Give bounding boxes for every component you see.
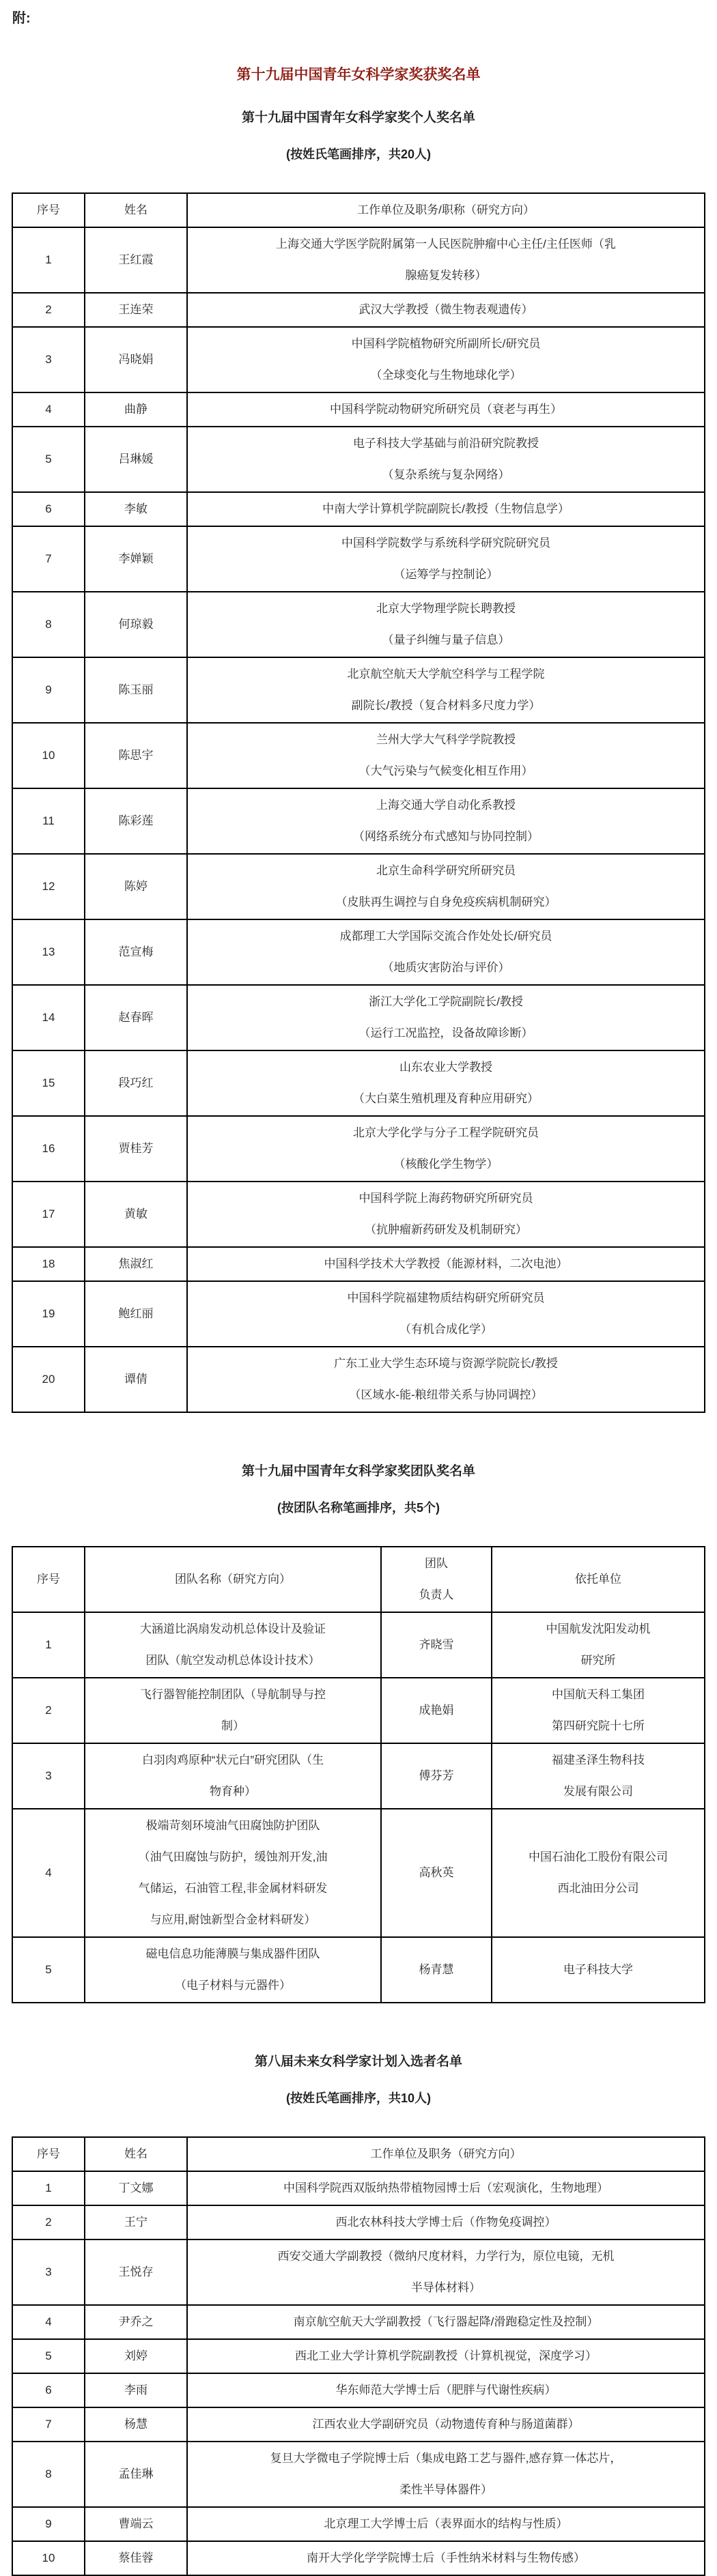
cell-line: 柔性半导体器件） <box>192 2474 700 2506</box>
table-cell: 广东工业大学生态环境与资源学院院长/教授（区域水-能-粮纽带关系与协同调控） <box>187 1347 705 1412</box>
table-cell: 西北工业大学计算机学院副教授（计算机视觉，深度学习） <box>187 2339 705 2373</box>
table-cell: 11 <box>12 788 85 854</box>
table-cell: 1 <box>12 227 85 293</box>
cell-line: 北京航空航天大学航空科学与工程学院 <box>192 659 700 690</box>
column-header: 团队负责人 <box>381 1547 492 1612</box>
cell-line: （核酸化学生物学） <box>192 1149 700 1180</box>
table-cell: 尹乔之 <box>85 2305 187 2339</box>
cell-line: 负责人 <box>386 1579 487 1611</box>
future-scientist-section: 第八届未来女科学家计划入选者名单 (按姓氏笔画排序，共10人) 序号姓名工作单位… <box>0 2051 717 2576</box>
cell-line: 中国科学院植物研究所副所长/研究员 <box>192 328 700 360</box>
table-row: 14赵春晖浙江大学化工学院副院长/教授（运行工况监控，设备故障诊断） <box>12 985 705 1050</box>
table-cell: 中国科学院植物研究所副所长/研究员（全球变化与生物地球化学） <box>187 327 705 392</box>
table-cell: 17 <box>12 1182 85 1247</box>
cell-line: （运筹学与控制论） <box>192 559 700 590</box>
section-title: 第八届未来女科学家计划入选者名单 <box>0 2051 717 2070</box>
table-row: 4尹乔之南京航空航天大学副教授（飞行器起降/滑跑稳定性及控制） <box>12 2305 705 2339</box>
cell-line: 上海交通大学医学院附属第一人民医院肿瘤中心主任/主任医师（乳 <box>192 229 700 260</box>
cell-line: 团队（航空发动机总体设计技术） <box>89 1645 376 1676</box>
cell-line: 3 <box>17 2257 80 2288</box>
table-cell: 中国航发沈阳发动机研究所 <box>492 1612 705 1678</box>
cell-line: （电子材料与元器件） <box>89 1970 376 2001</box>
table-row: 6李敏中南大学计算机学院副院长/教授（生物信息学） <box>12 492 705 526</box>
cell-line: 序号 <box>17 1564 80 1595</box>
table-cell: 南开大学化学学院博士后（手性纳米材料与生物传感） <box>187 2541 705 2575</box>
column-header: 工作单位及职务（研究方向） <box>187 2137 705 2171</box>
cell-line: 尹乔之 <box>89 2306 182 2338</box>
table-row: 5刘婷西北工业大学计算机学院副教授（计算机视觉，深度学习） <box>12 2339 705 2373</box>
cell-line: 中国航发沈阳发动机 <box>496 1614 700 1645</box>
section-subtitle: (按姓氏笔画排序，共10人) <box>0 2089 717 2106</box>
individual-award-table: 序号姓名工作单位及职务/职称（研究方向）1王红霞上海交通大学医学院附属第一人民医… <box>12 192 705 1413</box>
table-row: 15段巧红山东农业大学教授（大白菜生殖机理及育种应用研究） <box>12 1050 705 1116</box>
table-cell: 刘婷 <box>85 2339 187 2373</box>
table-cell: 大涵道比涡扇发动机总体设计及验证团队（航空发动机总体设计技术） <box>85 1612 381 1678</box>
cell-line: 丁文娜 <box>89 2173 182 2204</box>
table-cell: 陈玉丽 <box>85 657 187 723</box>
cell-line: 电子科技大学基础与前沿研究院教授 <box>192 428 700 459</box>
cell-line: 吕琳媛 <box>89 444 182 475</box>
cell-line: 中国科学技术大学教授（能源材料，二次电池） <box>192 1248 700 1280</box>
cell-line: （皮肤再生调控与自身免疫疾病机制研究） <box>192 887 700 918</box>
cell-line: 何琼毅 <box>89 609 182 640</box>
cell-line: 成都理工大学国际交流合作处处长/研究员 <box>192 921 700 952</box>
table-cell: 7 <box>12 2407 85 2442</box>
table-cell: 江西农业大学副研究员（动物遗传育种与肠道菌群） <box>187 2407 705 2442</box>
cell-line: 西北油田分公司 <box>496 1873 700 1904</box>
table-cell: 武汉大学教授（微生物表观遗传） <box>187 293 705 327</box>
main-title: 第十九届中国青年女科学家奖获奖名单 <box>0 63 717 84</box>
table-cell: 曹端云 <box>85 2507 187 2541</box>
cell-line: 与应用,耐蚀新型合金材料研发） <box>89 1904 376 1936</box>
table-cell: 吕琳媛 <box>85 427 187 492</box>
cell-line: 11 <box>17 805 80 837</box>
table-row: 16贾桂芳北京大学化学与分子工程学院研究员（核酸化学生物学） <box>12 1116 705 1182</box>
document-page: 附: 第十九届中国青年女科学家奖获奖名单 第十九届中国青年女科学家奖个人奖名单 … <box>0 0 717 2576</box>
cell-line: 发展有限公司 <box>496 1776 700 1807</box>
cell-line: 1 <box>17 1629 80 1661</box>
table-cell: 北京大学物理学院长聘教授（量子纠缠与量子信息） <box>187 592 705 657</box>
table-cell: 5 <box>12 1937 85 2003</box>
table-row: 5吕琳媛电子科技大学基础与前沿研究院教授（复杂系统与复杂网络） <box>12 427 705 492</box>
cell-line: 上海交通大学自动化系教授 <box>192 790 700 821</box>
table-cell: 傅芬芳 <box>381 1743 492 1809</box>
table-cell: 中国科学院数学与系统科学研究院研究员（运筹学与控制论） <box>187 526 705 592</box>
table-cell: 3 <box>12 1743 85 1809</box>
table-cell: 中国科学院上海药物研究所研究员（抗肿瘤新药研发及机制研究） <box>187 1182 705 1247</box>
cell-line: 姓名 <box>89 195 182 226</box>
table-cell: 2 <box>12 2205 85 2239</box>
cell-line: （区域水-能-粮纽带关系与协同调控） <box>192 1379 700 1411</box>
table-cell: 3 <box>12 2239 85 2305</box>
header-row: 序号团队名称（研究方向）团队负责人依托单位 <box>12 1547 705 1612</box>
cell-line: 南京航空航天大学副教授（飞行器起降/滑跑稳定性及控制） <box>192 2306 700 2338</box>
cell-line: 北京生命科学研究所研究员 <box>192 855 700 887</box>
cell-line: 6 <box>17 2375 80 2406</box>
cell-line: 磁电信息功能薄膜与集成器件团队 <box>89 1938 376 1970</box>
cell-line: 浙江大学化工学院副院长/教授 <box>192 986 700 1018</box>
cell-line: 2 <box>17 2207 80 2238</box>
cell-line: 中国科学院西双版纳热带植物园博士后（宏观演化，生物地理） <box>192 2173 700 2204</box>
cell-line: 杨慧 <box>89 2409 182 2440</box>
cell-line: 北京大学物理学院长聘教授 <box>192 593 700 625</box>
cell-line: 飞行器智能控制团队（导航制导与控 <box>89 1679 376 1711</box>
cell-line: 16 <box>17 1133 80 1164</box>
cell-line: 刘婷 <box>89 2341 182 2372</box>
table-cell: 福建圣泽生物科技发展有限公司 <box>492 1743 705 1809</box>
table-cell: 山东农业大学教授（大白菜生殖机理及育种应用研究） <box>187 1050 705 1116</box>
cell-line: 4 <box>17 2306 80 2338</box>
section-subtitle: (按团队名称笔画排序，共5个) <box>0 1498 717 1516</box>
column-header: 序号 <box>12 193 85 227</box>
cell-line: 物育种） <box>89 1776 376 1807</box>
cell-line: 中国科学院上海药物研究所研究员 <box>192 1183 700 1214</box>
cell-line: 鲍红丽 <box>89 1298 182 1330</box>
table-row: 3白羽肉鸡原种“状元白”研究团队（生物育种）傅芬芳福建圣泽生物科技发展有限公司 <box>12 1743 705 1809</box>
table-cell: 谭倩 <box>85 1347 187 1412</box>
cell-line: 中南大学计算机学院副院长/教授（生物信息学） <box>192 493 700 525</box>
section-title: 第十九届中国青年女科学家奖个人奖名单 <box>0 107 717 126</box>
table-cell: 北京理工大学博士后（表界面水的结构与性质） <box>187 2507 705 2541</box>
table-cell: 8 <box>12 592 85 657</box>
cell-line: 9 <box>17 2508 80 2540</box>
cell-line: 工作单位及职务/职称（研究方向） <box>192 195 700 226</box>
table-cell: 5 <box>12 2339 85 2373</box>
cell-line: 8 <box>17 2459 80 2490</box>
table-row: 11陈彩莲上海交通大学自动化系教授（网络系统分布式感知与协同控制） <box>12 788 705 854</box>
table-cell: 杨慧 <box>85 2407 187 2442</box>
table-cell: 王悦存 <box>85 2239 187 2305</box>
table-row: 3冯晓娟中国科学院植物研究所副所长/研究员（全球变化与生物地球化学） <box>12 327 705 392</box>
cell-line: 10 <box>17 740 80 771</box>
table-cell: 李婵颖 <box>85 526 187 592</box>
table-cell: 李敏 <box>85 492 187 526</box>
table-row: 10蔡佳蓉南开大学化学学院博士后（手性纳米材料与生物传感） <box>12 2541 705 2575</box>
cell-line: 第四研究院十七所 <box>496 1711 700 1742</box>
table-row: 2飞行器智能控制团队（导航制导与控制）成艳娟中国航天科工集团第四研究院十七所 <box>12 1678 705 1743</box>
cell-line: 华东师范大学博士后（肥胖与代谢性疾病） <box>192 2375 700 2406</box>
cell-line: （油气田腐蚀与防护，缓蚀剂开发,油 <box>89 1842 376 1873</box>
cell-line: 傅芬芳 <box>386 1760 487 1792</box>
cell-line: 5 <box>17 2341 80 2372</box>
table-cell: 18 <box>12 1247 85 1281</box>
table-cell: 4 <box>12 1809 85 1937</box>
table-row: 12陈婷北京生命科学研究所研究员（皮肤再生调控与自身免疫疾病机制研究） <box>12 854 705 919</box>
cell-line: 5 <box>17 1954 80 1986</box>
table-cell: 1 <box>12 1612 85 1678</box>
cell-line: （大气污染与气候变化相互作用） <box>192 756 700 787</box>
cell-line: 中国航天科工集团 <box>496 1679 700 1711</box>
cell-line: （复杂系统与复杂网络） <box>192 459 700 491</box>
cell-line: 中国石油化工股份有限公司 <box>496 1842 700 1873</box>
cell-line: 腺癌复发转移） <box>192 260 700 291</box>
table-cell: 何琼毅 <box>85 592 187 657</box>
table-cell: 2 <box>12 1678 85 1743</box>
table-cell: 贾桂芳 <box>85 1116 187 1182</box>
table-cell: 王连荣 <box>85 293 187 327</box>
cell-line: 武汉大学教授（微生物表观遗传） <box>192 294 700 326</box>
table-row: 8何琼毅北京大学物理学院长聘教授（量子纠缠与量子信息） <box>12 592 705 657</box>
cell-line: （量子纠缠与量子信息） <box>192 625 700 656</box>
individual-award-section: 第十九届中国青年女科学家奖个人奖名单 (按姓氏笔画排序，共20人) 序号姓名工作… <box>0 107 717 1413</box>
cell-line: 李婵颖 <box>89 543 182 575</box>
cell-line: 1 <box>17 244 80 276</box>
cell-line: 陈玉丽 <box>89 674 182 706</box>
table-cell: 北京大学化学与分子工程学院研究员（核酸化学生物学） <box>187 1116 705 1182</box>
cell-line: （网络系统分布式感知与协同控制） <box>192 821 700 853</box>
cell-line: 电子科技大学 <box>496 1954 700 1986</box>
table-cell: 陈思宇 <box>85 723 187 788</box>
cell-line: 制） <box>89 1711 376 1742</box>
table-row: 9陈玉丽北京航空航天大学航空科学与工程学院副院长/教授（复合材料多尺度力学） <box>12 657 705 723</box>
cell-line: 兰州大学大气科学学院教授 <box>192 724 700 756</box>
section-subtitle: (按姓氏笔画排序，共20人) <box>0 145 717 162</box>
cell-line: 15 <box>17 1068 80 1099</box>
section-title: 第十九届中国青年女科学家奖团队奖名单 <box>0 1461 717 1479</box>
cell-line: （大白菜生殖机理及育种应用研究） <box>192 1083 700 1115</box>
table-cell: 上海交通大学医学院附属第一人民医院肿瘤中心主任/主任医师（乳腺癌复发转移） <box>187 227 705 293</box>
table-cell: 2 <box>12 293 85 327</box>
cell-line: 13 <box>17 936 80 968</box>
cell-line: 王宁 <box>89 2207 182 2238</box>
table-cell: 9 <box>12 2507 85 2541</box>
cell-line: 李敏 <box>89 493 182 525</box>
table-cell: 1 <box>12 2171 85 2205</box>
cell-line: 齐晓雪 <box>386 1629 487 1661</box>
cell-line: 福建圣泽生物科技 <box>496 1745 700 1776</box>
table-cell: 李雨 <box>85 2373 187 2407</box>
table-cell: 飞行器智能控制团队（导航制导与控制） <box>85 1678 381 1743</box>
cell-line: 西安交通大学副教授（微纳尺度材料，力学行为，原位电镜，无机 <box>192 2241 700 2272</box>
table-cell: 4 <box>12 392 85 427</box>
column-header: 团队名称（研究方向） <box>85 1547 381 1612</box>
cell-line: 7 <box>17 2409 80 2440</box>
cell-line: 工作单位及职务（研究方向） <box>192 2138 700 2170</box>
cell-line: 12 <box>17 871 80 902</box>
cell-line: 极端苛刻环境油气田腐蚀防护团队 <box>89 1810 376 1842</box>
table-row: 19鲍红丽中国科学院福建物质结构研究所研究员（有机合成化学） <box>12 1281 705 1347</box>
table-row: 1王红霞上海交通大学医学院附属第一人民医院肿瘤中心主任/主任医师（乳腺癌复发转移… <box>12 227 705 293</box>
cell-line: 2 <box>17 294 80 326</box>
table-cell: 浙江大学化工学院副院长/教授（运行工况监控，设备故障诊断） <box>187 985 705 1050</box>
cell-line: 2 <box>17 1695 80 1726</box>
table-row: 13范宣梅成都理工大学国际交流合作处处长/研究员（地质灾害防治与评价） <box>12 919 705 985</box>
table-cell: 10 <box>12 723 85 788</box>
table-cell: 蔡佳蓉 <box>85 2541 187 2575</box>
cell-line: 山东农业大学教授 <box>192 1052 700 1083</box>
table-cell: 极端苛刻环境油气田腐蚀防护团队（油气田腐蚀与防护，缓蚀剂开发,油气储运，石油管工… <box>85 1809 381 1937</box>
table-cell: 杨青慧 <box>381 1937 492 2003</box>
cell-line: 副院长/教授（复合材料多尺度力学） <box>192 690 700 721</box>
cell-line: 曲静 <box>89 394 182 425</box>
table-row: 7杨慧江西农业大学副研究员（动物遗传育种与肠道菌群） <box>12 2407 705 2442</box>
table-cell: 成都理工大学国际交流合作处处长/研究员（地质灾害防治与评价） <box>187 919 705 985</box>
cell-line: （全球变化与生物地球化学） <box>192 360 700 391</box>
team-award-table: 序号团队名称（研究方向）团队负责人依托单位1大涵道比涡扇发动机总体设计及验证团队… <box>12 1546 705 2003</box>
table-cell: 赵春晖 <box>85 985 187 1050</box>
table-cell: 3 <box>12 327 85 392</box>
cell-line: 18 <box>17 1248 80 1280</box>
cell-line: 高秋英 <box>386 1857 487 1889</box>
cell-line: 研究所 <box>496 1645 700 1676</box>
cell-line: 团队 <box>386 1548 487 1579</box>
cell-line: 8 <box>17 609 80 640</box>
attachment-label: 附: <box>0 0 717 27</box>
table-cell: 4 <box>12 2305 85 2339</box>
table-cell: 北京生命科学研究所研究员（皮肤再生调控与自身免疫疾病机制研究） <box>187 854 705 919</box>
cell-line: 序号 <box>17 2138 80 2170</box>
table-cell: 中国科学技术大学教授（能源材料，二次电池） <box>187 1247 705 1281</box>
cell-line: 陈彩莲 <box>89 805 182 837</box>
table-cell: 丁文娜 <box>85 2171 187 2205</box>
table-cell: 成艳娟 <box>381 1678 492 1743</box>
cell-line: 半导体材料） <box>192 2272 700 2304</box>
table-cell: 16 <box>12 1116 85 1182</box>
cell-line: （地质灾害防治与评价） <box>192 952 700 984</box>
cell-line: （运行工况监控，设备故障诊断） <box>192 1018 700 1049</box>
cell-line: 17 <box>17 1199 80 1230</box>
table-cell: 20 <box>12 1347 85 1412</box>
table-cell: 中国石油化工股份有限公司西北油田分公司 <box>492 1809 705 1937</box>
table-cell: 中南大学计算机学院副院长/教授（生物信息学） <box>187 492 705 526</box>
cell-line: 3 <box>17 344 80 375</box>
table-row: 6李雨华东师范大学博士后（肥胖与代谢性疾病） <box>12 2373 705 2407</box>
cell-line: 南开大学化学学院博士后（手性纳米材料与生物传感） <box>192 2543 700 2574</box>
table-cell: 8 <box>12 2442 85 2507</box>
table-cell: 中国科学院西双版纳热带植物园博士后（宏观演化，生物地理） <box>187 2171 705 2205</box>
cell-line: 贾桂芳 <box>89 1133 182 1164</box>
table-cell: 中国航天科工集团第四研究院十七所 <box>492 1678 705 1743</box>
cell-line: 7 <box>17 543 80 575</box>
cell-line: 蔡佳蓉 <box>89 2543 182 2574</box>
table-cell: 10 <box>12 2541 85 2575</box>
cell-line: 李雨 <box>89 2375 182 2406</box>
table-cell: 段巧红 <box>85 1050 187 1116</box>
cell-line: 3 <box>17 1760 80 1792</box>
cell-line: 陈思宇 <box>89 740 182 771</box>
table-cell: 中国科学院福建物质结构研究所研究员（有机合成化学） <box>187 1281 705 1347</box>
table-row: 7李婵颖中国科学院数学与系统科学研究院研究员（运筹学与控制论） <box>12 526 705 592</box>
table-cell: 6 <box>12 492 85 526</box>
table-row: 4曲静中国科学院动物研究所研究员（衰老与再生） <box>12 392 705 427</box>
cell-line: 5 <box>17 444 80 475</box>
cell-line: 中国科学院数学与系统科学研究院研究员 <box>192 528 700 559</box>
table-row: 8孟佳琳复旦大学微电子学院博士后（集成电路工艺与器件,感存算一体芯片，柔性半导体… <box>12 2442 705 2507</box>
table-row: 20谭倩广东工业大学生态环境与资源学院院长/教授（区域水-能-粮纽带关系与协同调… <box>12 1347 705 1412</box>
column-header: 工作单位及职务/职称（研究方向） <box>187 193 705 227</box>
team-award-section: 第十九届中国青年女科学家奖团队奖名单 (按团队名称笔画排序，共5个) 序号团队名… <box>0 1461 717 2003</box>
column-header: 依托单位 <box>492 1547 705 1612</box>
table-row: 1大涵道比涡扇发动机总体设计及验证团队（航空发动机总体设计技术）齐晓雪中国航发沈… <box>12 1612 705 1678</box>
table-row: 10陈思宇兰州大学大气科学学院教授（大气污染与气候变化相互作用） <box>12 723 705 788</box>
cell-line: 成艳娟 <box>386 1695 487 1726</box>
cell-line: 广东工业大学生态环境与资源学院院长/教授 <box>192 1348 700 1379</box>
cell-line: 9 <box>17 674 80 706</box>
table-cell: 14 <box>12 985 85 1050</box>
cell-line: 王悦存 <box>89 2257 182 2288</box>
table-cell: 中国科学院动物研究所研究员（衰老与再生） <box>187 392 705 427</box>
cell-line: 焦淑红 <box>89 1248 182 1280</box>
table-cell: 孟佳琳 <box>85 2442 187 2507</box>
table-cell: 西北农林科技大学博士后（作物免疫调控） <box>187 2205 705 2239</box>
table-cell: 西安交通大学副教授（微纳尺度材料，力学行为，原位电镜，无机半导体材料） <box>187 2239 705 2305</box>
cell-line: 赵春晖 <box>89 1002 182 1033</box>
cell-line: 北京大学化学与分子工程学院研究员 <box>192 1117 700 1149</box>
table-cell: 齐晓雪 <box>381 1612 492 1678</box>
cell-line: 19 <box>17 1298 80 1330</box>
cell-line: （抗肿瘤新药研发及机制研究） <box>192 1214 700 1246</box>
cell-line: 谭倩 <box>89 1364 182 1395</box>
cell-line: 北京理工大学博士后（表界面水的结构与性质） <box>192 2508 700 2540</box>
table-cell: 高秋英 <box>381 1809 492 1937</box>
cell-line: 6 <box>17 493 80 525</box>
table-cell: 华东师范大学博士后（肥胖与代谢性疾病） <box>187 2373 705 2407</box>
cell-line: 杨青慧 <box>386 1954 487 1986</box>
cell-line: 江西农业大学副研究员（动物遗传育种与肠道菌群） <box>192 2409 700 2440</box>
table-cell: 12 <box>12 854 85 919</box>
table-cell: 兰州大学大气科学学院教授（大气污染与气候变化相互作用） <box>187 723 705 788</box>
cell-line: 10 <box>17 2543 80 2574</box>
header-row: 序号姓名工作单位及职务/职称（研究方向） <box>12 193 705 227</box>
table-cell: 陈婷 <box>85 854 187 919</box>
table-row: 2王连荣武汉大学教授（微生物表观遗传） <box>12 293 705 327</box>
table-cell: 范宣梅 <box>85 919 187 985</box>
cell-line: 4 <box>17 394 80 425</box>
cell-line: 西北农林科技大学博士后（作物免疫调控） <box>192 2207 700 2238</box>
table-cell: 电子科技大学 <box>492 1937 705 2003</box>
cell-line: 陈婷 <box>89 871 182 902</box>
table-cell: 复旦大学微电子学院博士后（集成电路工艺与器件,感存算一体芯片，柔性半导体器件） <box>187 2442 705 2507</box>
future-scientist-table: 序号姓名工作单位及职务（研究方向）1丁文娜中国科学院西双版纳热带植物园博士后（宏… <box>12 2136 705 2576</box>
table-row: 2王宁西北农林科技大学博士后（作物免疫调控） <box>12 2205 705 2239</box>
table-cell: 王红霞 <box>85 227 187 293</box>
table-cell: 9 <box>12 657 85 723</box>
table-cell: 13 <box>12 919 85 985</box>
cell-line: 依托单位 <box>496 1564 700 1595</box>
table-cell: 电子科技大学基础与前沿研究院教授（复杂系统与复杂网络） <box>187 427 705 492</box>
table-row: 18焦淑红中国科学技术大学教授（能源材料，二次电池） <box>12 1247 705 1281</box>
table-cell: 鲍红丽 <box>85 1281 187 1347</box>
table-cell: 南京航空航天大学副教授（飞行器起降/滑跑稳定性及控制） <box>187 2305 705 2339</box>
cell-line: 黄敏 <box>89 1199 182 1230</box>
cell-line: 孟佳琳 <box>89 2459 182 2490</box>
cell-line: 气储运，石油管工程,非金属材料研发 <box>89 1873 376 1904</box>
cell-line: 中国科学院福建物质结构研究所研究员 <box>192 1283 700 1314</box>
cell-line: 曹端云 <box>89 2508 182 2540</box>
header-row: 序号姓名工作单位及职务（研究方向） <box>12 2137 705 2171</box>
table-row: 5磁电信息功能薄膜与集成器件团队（电子材料与元器件）杨青慧电子科技大学 <box>12 1937 705 2003</box>
table-cell: 7 <box>12 526 85 592</box>
cell-line: 14 <box>17 1002 80 1033</box>
cell-line: 王红霞 <box>89 244 182 276</box>
table-row: 17黄敏中国科学院上海药物研究所研究员（抗肿瘤新药研发及机制研究） <box>12 1182 705 1247</box>
table-row: 3王悦存西安交通大学副教授（微纳尺度材料，力学行为，原位电镜，无机半导体材料） <box>12 2239 705 2305</box>
table-cell: 黄敏 <box>85 1182 187 1247</box>
column-header: 姓名 <box>85 193 187 227</box>
cell-line: （有机合成化学） <box>192 1314 700 1345</box>
table-row: 1丁文娜中国科学院西双版纳热带植物园博士后（宏观演化，生物地理） <box>12 2171 705 2205</box>
cell-line: 段巧红 <box>89 1068 182 1099</box>
table-row: 9曹端云北京理工大学博士后（表界面水的结构与性质） <box>12 2507 705 2541</box>
table-cell: 曲静 <box>85 392 187 427</box>
table-cell: 磁电信息功能薄膜与集成器件团队（电子材料与元器件） <box>85 1937 381 2003</box>
table-row: 4极端苛刻环境油气田腐蚀防护团队（油气田腐蚀与防护，缓蚀剂开发,油气储运，石油管… <box>12 1809 705 1937</box>
table-cell: 19 <box>12 1281 85 1347</box>
cell-line: 中国科学院动物研究所研究员（衰老与再生） <box>192 394 700 425</box>
column-header: 姓名 <box>85 2137 187 2171</box>
cell-line: 大涵道比涡扇发动机总体设计及验证 <box>89 1614 376 1645</box>
cell-line: 王连荣 <box>89 294 182 326</box>
